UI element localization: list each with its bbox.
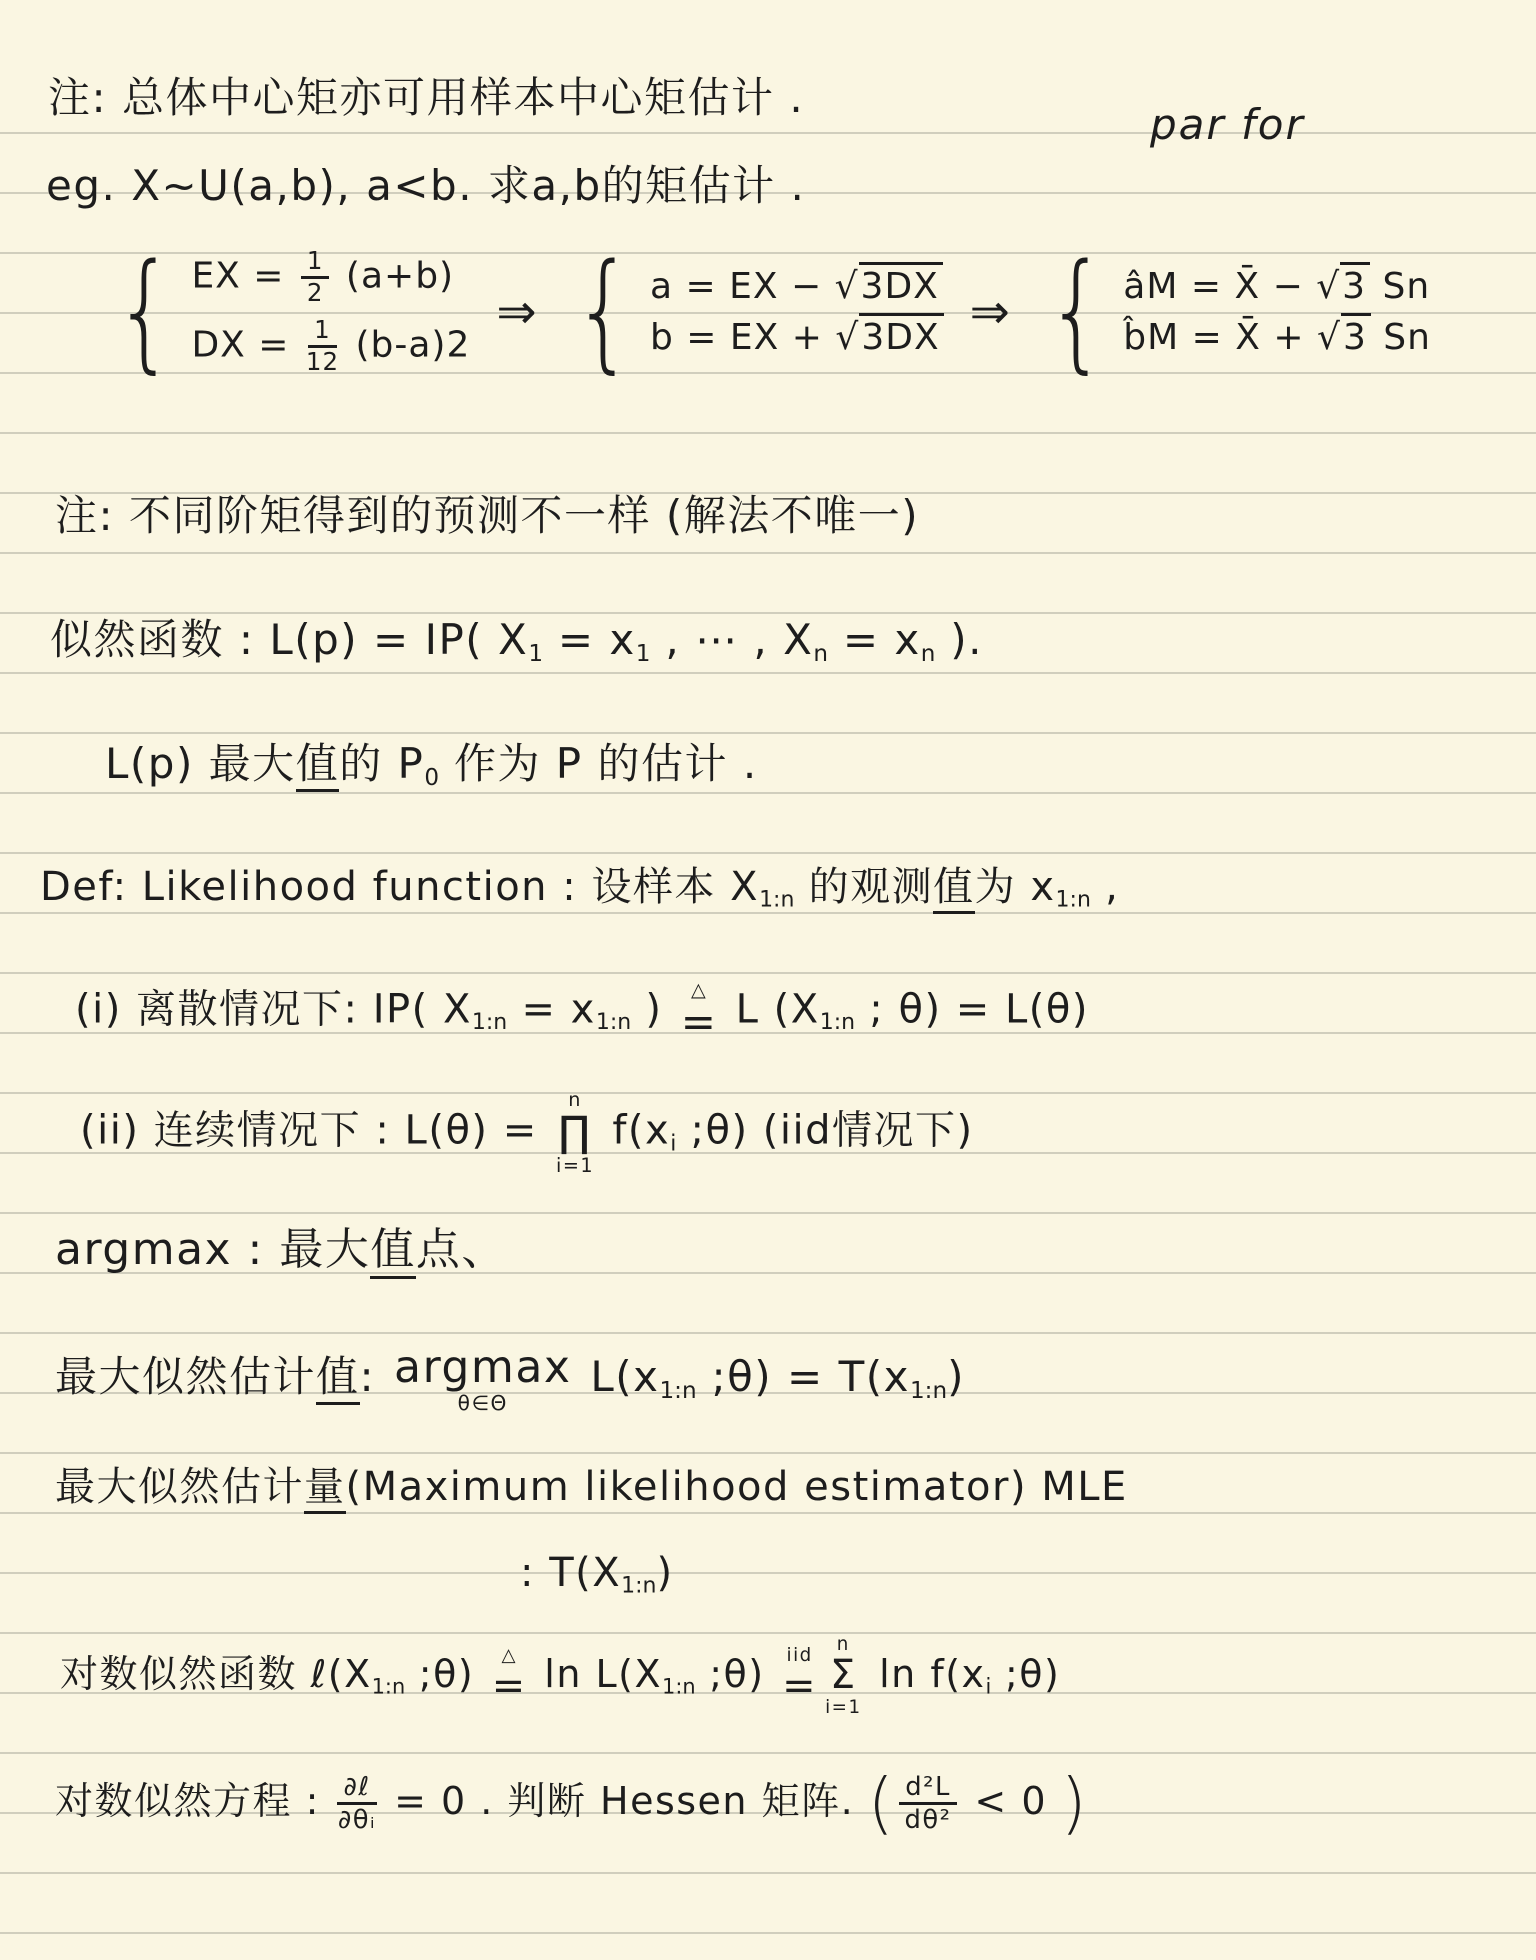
log-likelihood-equation-line: 对数似然方程 : ∂ℓ∂θᵢ = 0 . 判断 Hessen 矩阵. (d²Ld… xyxy=(55,1762,1088,1845)
moment-system: { EX = 12 (a+b) DX = 112 (b-a)2 xyxy=(104,248,470,376)
left-brace: { xyxy=(114,248,175,376)
handwritten-notes-page: 注: 总体中心矩亦可用样本中心矩估计 . par for eg. X~U(a,b… xyxy=(0,0,1536,1960)
moment-system-row-1: EX = 12 (a+b) xyxy=(191,248,470,307)
solved-system-row-1: a = EX − √3DX xyxy=(650,266,944,307)
estimator-system: { âM = X̄ − √3 Sn b̂M = X̄ + √3 Sn xyxy=(1036,248,1431,376)
mle-estimator-statistic: : T(X1:n) xyxy=(520,1548,674,1600)
left-brace: { xyxy=(1046,248,1107,376)
mle-value-line: 最大似然估计值: argmaxθ∈Θ L(x1:n ;θ) = T(x1:n) xyxy=(55,1346,965,1413)
log-likelihood-line: 对数似然函数 ℓ(X1:n ;θ) △= ln L(X1:n ;θ) iid=n… xyxy=(60,1636,1060,1717)
solved-system: { a = EX − √3DX b = EX + √3DX xyxy=(563,248,944,376)
lp-maximum-note: L(p) 最大值的 P0 作为 P 的估计 . xyxy=(105,738,758,793)
annotation-par-for: par for xyxy=(1150,100,1305,149)
moment-equations-block: { EX = 12 (a+b) DX = 112 (b-a)2 ⇒ { a = … xyxy=(104,248,1431,376)
estimator-system-row-2: b̂M = X̄ + √3 Sn xyxy=(1123,317,1431,358)
argmax-note: argmax : 最大值点、 xyxy=(55,1222,507,1277)
likelihood-function-line: 似然函数 : L(p) = IP( X1 = x1 , ⋯ , Xn = xn … xyxy=(50,614,983,669)
discrete-case-line: (i) 离散情况下: IP( X1:n = x1:n ) △= L (X1:n … xyxy=(75,980,1089,1043)
def-likelihood-function: Def: Likelihood function : 设样本 X1:n 的观测值… xyxy=(40,862,1119,914)
implies-arrow-1: ⇒ xyxy=(496,284,536,340)
estimator-system-row-1: âM = X̄ − √3 Sn xyxy=(1123,266,1431,307)
moment-system-row-2: DX = 112 (b-a)2 xyxy=(191,317,470,376)
mle-estimator-line: 最大似然估计量(Maximum likelihood estimator) ML… xyxy=(55,1462,1128,1512)
implies-arrow-2: ⇒ xyxy=(970,284,1010,340)
note-different-order-moments: 注: 不同阶矩得到的预测不一样 (解法不唯一) xyxy=(55,490,919,543)
example-uniform-moment-estimate: eg. X~U(a,b), a<b. 求a,b的矩估计 . xyxy=(46,160,805,213)
note-sample-central-moment: 注: 总体中心矩亦可用样本中心矩估计 . xyxy=(48,72,804,125)
continuous-case-line: (ii) 连续情况下 : L(θ) = n∏i=1 f(xi ;θ) (iid情… xyxy=(80,1090,974,1175)
solved-system-row-2: b = EX + √3DX xyxy=(650,317,944,358)
left-brace: { xyxy=(573,248,634,376)
